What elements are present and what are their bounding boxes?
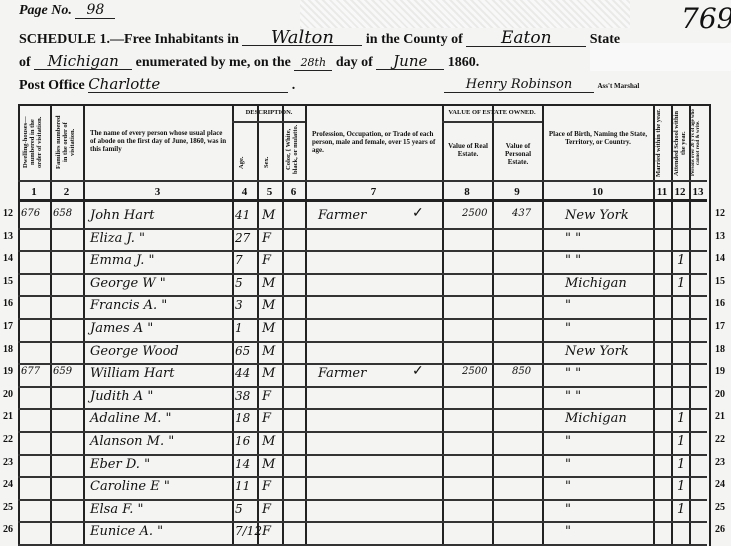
col-header-birthplace: Place of Birth, Naming the State, Territ… [548, 130, 648, 146]
col-header-color: Color, { White, black, or mulatto. [285, 122, 303, 176]
person-age: 27 [235, 231, 250, 245]
person-sex: F [262, 502, 271, 517]
enumerated-label: enumerated by me, on the [136, 55, 291, 70]
person-name: Eunice A. " [90, 524, 163, 539]
line-number-right: 22 [713, 434, 727, 445]
person-sex: M [262, 457, 275, 472]
line-number-left: 23 [1, 457, 15, 468]
line-number-left: 13 [1, 231, 15, 242]
line-number-left: 21 [1, 411, 15, 422]
person-age: 11 [235, 479, 250, 493]
column-number: 8 [442, 186, 492, 198]
row-divider [18, 408, 707, 410]
post-office-label: Post Office [19, 78, 85, 93]
birthplace: Michigan [565, 276, 627, 291]
column-number: 13 [689, 186, 707, 198]
township-value: Walton [242, 30, 362, 46]
column-number: 1 [18, 186, 50, 198]
family-number: 658 [53, 208, 72, 219]
line-number-right: 16 [713, 298, 727, 309]
column-divider [50, 104, 52, 546]
person-sex: F [262, 479, 271, 494]
of-label: of [19, 55, 31, 70]
person-name: John Hart [90, 208, 154, 223]
person-age: 1 [235, 321, 243, 335]
row-divider [18, 228, 707, 230]
line-number-left: 16 [1, 298, 15, 309]
col-header-married: Married within the year. [655, 108, 669, 178]
paper-stain [300, 0, 630, 28]
attended-school-mark: 1 [677, 276, 685, 291]
real-estate-value: 2500 [462, 208, 487, 219]
person-age: 7 [235, 253, 243, 267]
attended-school-mark: 1 [677, 479, 685, 494]
column-number: 10 [542, 186, 653, 198]
column-divider [257, 104, 259, 546]
row-divider [18, 454, 707, 456]
person-age: 44 [235, 366, 250, 380]
person-age: 5 [235, 276, 243, 290]
line-number-left: 19 [1, 366, 15, 377]
row-divider [18, 521, 707, 523]
dwelling-number: 676 [21, 208, 40, 219]
person-name: Elsa F. " [90, 502, 143, 517]
person-sex: M [262, 298, 275, 313]
col-header-family: Families numbered in the order of visita… [55, 112, 79, 172]
line-number-right: 24 [713, 479, 727, 490]
birthplace: " [565, 479, 571, 494]
birthplace: " [565, 321, 571, 336]
personal-estate-value: 850 [512, 366, 531, 377]
state-label: State [590, 32, 620, 47]
person-name: Eber D. " [90, 457, 150, 472]
column-number: 4 [232, 186, 257, 198]
row-divider [18, 386, 707, 388]
column-divider [282, 104, 284, 546]
birthplace: " " [565, 366, 581, 381]
person-sex: M [262, 366, 275, 381]
col-header-age: Age. [238, 150, 252, 175]
row-divider [18, 341, 707, 343]
person-sex: M [262, 208, 275, 223]
row-divider [18, 318, 707, 320]
person-sex: M [262, 276, 275, 291]
attended-school-mark: 1 [677, 253, 685, 268]
personal-estate-value: 437 [512, 208, 531, 219]
person-age: 5 [235, 502, 243, 516]
col-header-illiterate: Persons over 20 y'rs of age who cannot r… [691, 108, 705, 178]
row-divider [18, 499, 707, 501]
line-number-left: 15 [1, 276, 15, 287]
col-header-name: The name of every person whose usual pla… [90, 129, 228, 153]
person-name: Caroline E " [90, 479, 170, 494]
line-number-left: 25 [1, 502, 15, 513]
person-age: 16 [235, 434, 250, 448]
col-header-occupation: Profession, Occupation, or Trade of each… [312, 130, 437, 154]
page-no-value: 98 [75, 3, 115, 19]
person-age: 14 [235, 457, 250, 471]
person-name: Emma J. " [90, 253, 154, 268]
person-name: William Hart [90, 366, 175, 381]
line-number-right: 23 [713, 457, 727, 468]
line-number-left: 12 [1, 208, 15, 219]
schedule-line: SCHEDULE 1.—Free Inhabitants in Walton i… [19, 30, 620, 48]
line-number-right: 18 [713, 344, 727, 355]
person-name: Alanson M. " [90, 434, 174, 449]
person-sex: M [262, 434, 275, 449]
birthplace: " [565, 434, 571, 449]
person-age: 7/12 [235, 524, 262, 538]
line-number-left: 26 [1, 524, 15, 535]
marshal-title: Ass't Marshal [598, 82, 640, 90]
col-header-real-estate: Value of Real Estate. [446, 142, 490, 158]
person-sex: F [262, 231, 271, 246]
marshal-name: Henry Robinson [444, 77, 594, 93]
row-divider [18, 273, 707, 275]
line-number-left: 24 [1, 479, 15, 490]
line-number-right: 14 [713, 253, 727, 264]
attended-school-mark: 1 [677, 502, 685, 517]
post-office-line: Post Office Charlotte . [19, 77, 295, 94]
column-number: 5 [257, 186, 282, 198]
row-divider [442, 121, 542, 123]
person-name: George Wood [90, 344, 179, 359]
real-estate-value: 2500 [462, 366, 487, 377]
enumeration-line: of Michigan enumerated by me, on the 28t… [19, 54, 479, 71]
line-number-right: 12 [713, 208, 727, 219]
row-divider [18, 180, 707, 182]
attended-school-mark: 1 [677, 457, 685, 472]
row-divider [18, 250, 707, 252]
page-label: Page No. [19, 3, 72, 18]
birthplace: " [565, 524, 571, 539]
birthplace: New York [565, 208, 629, 223]
state-value: Michigan [34, 54, 132, 70]
column-number: 7 [305, 186, 442, 198]
year-value: 1860. [448, 55, 480, 70]
birthplace: " [565, 298, 571, 313]
column-divider [542, 104, 544, 546]
county-label: in the County of [366, 32, 463, 47]
occupation: Farmer [318, 366, 366, 381]
dwelling-number: 677 [21, 366, 40, 377]
person-sex: F [262, 389, 271, 404]
col-header-school: Attended School within the year. [673, 108, 687, 178]
column-number: 2 [50, 186, 83, 198]
column-number: 3 [83, 186, 232, 198]
person-age: 38 [235, 389, 250, 403]
occupation: Farmer [318, 208, 366, 223]
birthplace: " " [565, 389, 581, 404]
column-divider [232, 104, 234, 546]
line-number-left: 18 [1, 344, 15, 355]
person-sex: F [262, 253, 271, 268]
row-divider [18, 544, 707, 546]
line-number-right: 21 [713, 411, 727, 422]
column-number: 9 [492, 186, 542, 198]
person-sex: M [262, 321, 275, 336]
verified-checkmark: ✓ [412, 205, 424, 222]
col-header-description: DESCRIPTION. [233, 109, 305, 117]
col-header-dwelling: Dwelling-houses—numbered in the order of… [22, 112, 46, 172]
column-number: 11 [653, 186, 671, 198]
person-sex: F [262, 524, 271, 539]
person-name: George W " [90, 276, 166, 291]
birthplace: " [565, 457, 571, 472]
attended-school-mark: 1 [677, 434, 685, 449]
county-value: Eaton [466, 31, 586, 47]
birthplace: " " [565, 231, 581, 246]
row-divider [18, 199, 707, 202]
month-value: June [376, 54, 444, 70]
day-of-label: day of [336, 55, 373, 70]
birthplace: Michigan [565, 411, 627, 426]
line-number-left: 22 [1, 434, 15, 445]
day-value: 28th [294, 55, 332, 71]
marshal-signature: Henry Robinson Ass't Marshal [444, 77, 639, 93]
col-header-estate: VALUE OF ESTATE OWNED. [443, 109, 541, 117]
person-sex: M [262, 344, 275, 359]
line-number-right: 25 [713, 502, 727, 513]
column-number: 6 [282, 186, 305, 198]
verified-checkmark: ✓ [412, 363, 424, 380]
birthplace: " [565, 502, 571, 517]
col-header-sex: Sex. [263, 150, 277, 175]
page-number: Page No. 98 [19, 3, 115, 19]
column-divider [442, 104, 444, 546]
line-number-right: 17 [713, 321, 727, 332]
person-name: Judith A " [90, 389, 153, 404]
line-number-left: 14 [1, 253, 15, 264]
birthplace: " " [565, 253, 581, 268]
post-office-value: Charlotte [88, 77, 288, 93]
column-divider [492, 104, 494, 546]
family-number: 659 [53, 366, 72, 377]
line-number-left: 20 [1, 389, 15, 400]
line-number-right: 13 [713, 231, 727, 242]
line-number-right: 20 [713, 389, 727, 400]
birthplace: New York [565, 344, 629, 359]
schedule-label: SCHEDULE 1.—Free Inhabitants in [19, 32, 239, 47]
line-number-left: 17 [1, 321, 15, 332]
row-divider [18, 431, 707, 433]
person-age: 3 [235, 298, 243, 312]
line-number-right: 26 [713, 524, 727, 535]
attended-school-mark: 1 [677, 411, 685, 426]
page-reference-number: 769 [681, 2, 731, 35]
person-name: James A " [90, 321, 153, 336]
col-header-personal-estate: Value of Personal Estate. [496, 142, 540, 166]
person-age: 65 [235, 344, 250, 358]
person-sex: F [262, 411, 271, 426]
person-name: Adaline M. " [90, 411, 172, 426]
column-divider [305, 104, 307, 546]
person-age: 41 [235, 208, 250, 222]
row-divider [18, 476, 707, 478]
person-name: Francis A. " [90, 298, 167, 313]
line-number-right: 15 [713, 276, 727, 287]
person-name: Eliza J. " [90, 231, 145, 246]
column-divider [83, 104, 85, 546]
column-number: 12 [671, 186, 689, 198]
line-number-right: 19 [713, 366, 727, 377]
row-divider [18, 363, 707, 365]
person-age: 18 [235, 411, 250, 425]
row-divider [18, 295, 707, 297]
